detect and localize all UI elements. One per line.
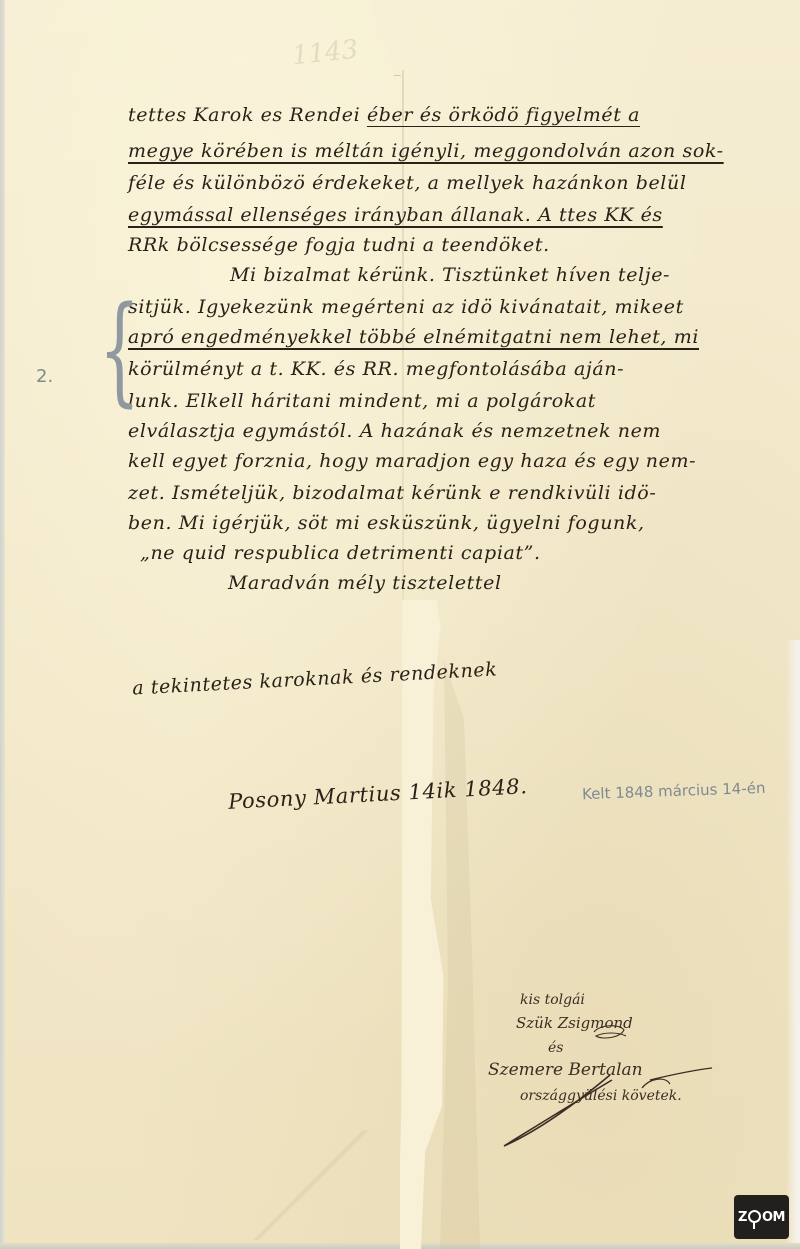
body-line-7: sitjük. Igyekezünk megérteni az idö kivá… <box>128 296 684 318</box>
signature-paraph-icon <box>590 1020 630 1044</box>
body-line-5: RRk bölcsessége fogja tudni a teendöket. <box>128 234 550 256</box>
body-line-1: tettes Karok es Rendei éber és örködö fi… <box>128 104 640 126</box>
signature-line-1: kis tolgái <box>520 992 585 1008</box>
date-line: Posony Martius 14ik 1848. <box>228 774 528 814</box>
manuscript-page: 1143 tettes Karok es Rendei éber és örkö… <box>0 0 800 1249</box>
body-line-14: ben. Mi igérjük, söt mi esküszünk, ügyel… <box>128 512 645 534</box>
body-line-8: apró engedményekkel többé elnémitgatni n… <box>128 326 699 348</box>
body-line-13: zet. Ismételjük, bizodalmat kérünk e ren… <box>128 482 656 504</box>
zoom-watermark-logo: ZOM <box>734 1195 789 1239</box>
tear-shadow <box>440 660 480 1249</box>
address-line: a tekintetes karoknak és rendeknek <box>132 658 498 699</box>
bleed-through-number: 1143 <box>291 35 360 72</box>
page-right-edge <box>786 640 800 1249</box>
margin-number: 2. <box>36 366 53 387</box>
body-line-10: lunk. Elkell háritani mindent, mi a polg… <box>128 390 596 412</box>
body-line-11: elválasztja egymástól. A hazának és nemz… <box>128 420 661 442</box>
diagonal-fold <box>220 1130 400 1240</box>
body-line-6: Mi bizalmat kérünk. Tisztünket híven tel… <box>230 264 670 286</box>
top-tear <box>372 0 427 76</box>
signature-line-3: és <box>548 1040 563 1056</box>
body-line-12: kell egyet forznia, hogy maradjon egy ha… <box>128 450 696 472</box>
zoom-logo-text-om: OM <box>762 1210 785 1225</box>
body-line-2: megye körében is méltán igényli, meggond… <box>128 140 724 162</box>
zoom-logo-text-z: Z <box>738 1210 747 1225</box>
page-left-edge <box>0 0 5 1249</box>
body-line-15: „ne quid respublica detrimenti capiat”. <box>140 542 541 564</box>
magnifier-icon <box>748 1210 761 1223</box>
body-line-4: egymással ellenséges irányban állanak. A… <box>128 204 663 226</box>
signature-flourish-icon <box>500 1060 720 1150</box>
closing-line: Maradván mély tisztelettel <box>228 572 502 594</box>
margin-brace-icon: { <box>99 290 140 408</box>
pencil-date-note: Kelt 1848 március 14-én <box>582 779 766 803</box>
body-line-3: féle és különbözö érdekeket, a mellyek h… <box>128 172 687 194</box>
body-line-9: körülményt a t. KK. és RR. megfontolásáb… <box>128 358 624 380</box>
